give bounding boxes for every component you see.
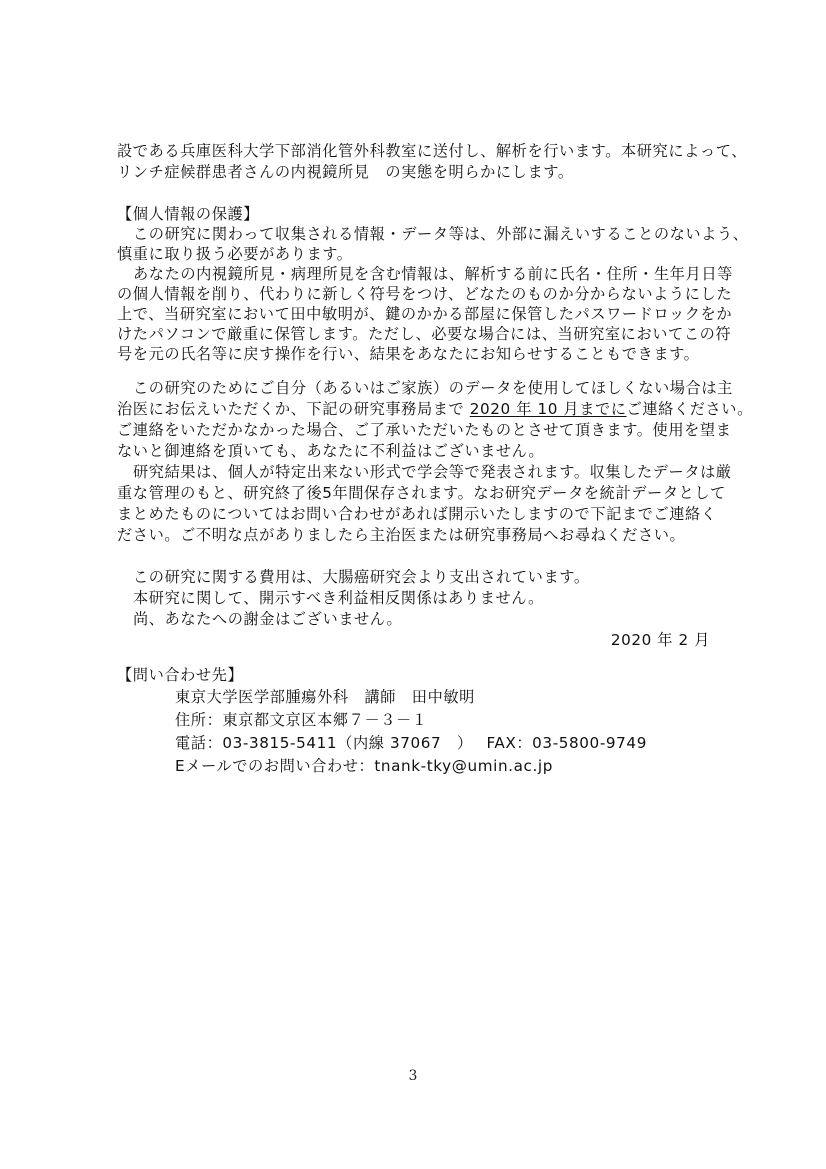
privacy-para2-line-5: 号を元の氏名等に戻す操作を行い、結果をあなたにお知らせすることもできます。 (117, 344, 712, 364)
privacy-heading: 【個人情報の保護】 (117, 204, 712, 224)
optout-line-2: 治医にお伝えいただくか、下記の研究事務局まで 2020 年 10 月までにご連絡… (117, 399, 712, 419)
page-number: 3 (0, 1068, 826, 1084)
optout-line-3: ご連絡をいただかなかった場合、ご了承いただいたものとさせて頂きます。使用を望ま (117, 420, 712, 440)
privacy-para2-line-1: あなたの内視鏡所見・病理所見を含む情報は、解析する前に氏名・住所・生年月日等 (117, 264, 728, 284)
results-line-3: まとめたものについてはお問い合わせがあれば開示いたしますので下記までご連絡く (117, 504, 712, 524)
funding-line-1: この研究に関する費用は、大腸癌研究会より支出されています。 (117, 567, 728, 587)
contact-name: 東京大学医学部腫瘍外科 講師 田中敏明 (175, 687, 770, 707)
intro-line-1: 設である兵庫医科大学下部消化管外科教室に送付し、解析を行います。本研究によって、 (117, 141, 712, 161)
privacy-para2-line-4: けたパソコンで厳重に保管します。ただし、必要な場合には、当研究室においてこの符 (117, 324, 712, 344)
contact-email: Eメールでのお問い合わせ：tnank-tky@umin.ac.jp (175, 756, 770, 776)
privacy-para2-line-3: 上で、当研究室において田中敏明が、鍵のかかる部屋に保管したパスワードロックをか (117, 304, 712, 324)
document-date: 2020 年 2 月 (611, 630, 710, 650)
document-page: 設である兵庫医科大学下部消化管外科教室に送付し、解析を行います。本研究によって、… (0, 0, 826, 1169)
intro-line-2: リンチ症候群患者さんの内視鏡所見 の実態を明らかにします。 (117, 162, 712, 182)
privacy-para1-line-2: 慎重に取り扱う必要があります。 (117, 244, 712, 264)
conflict-of-interest-line: 本研究に関して、開示すべき利益相反関係はありません。 (117, 588, 728, 608)
optout-deadline: 2020 年 10 月までに (470, 400, 627, 418)
results-line-2: 重な管理のもと、研究終了後5年間保存されます。なお研究データを統計データとして (117, 483, 712, 503)
results-line-1: 研究結果は、個人が特定出来ない形式で学会等で発表されます。収集したデータは厳 (117, 462, 728, 482)
optout-line-2-pre: 治医にお伝えいただくか、下記の研究事務局まで (117, 400, 470, 418)
privacy-para2-line-2: の個人情報を削り、代わりに新しく符号をつけ、どなたのものか分からないようにした (117, 284, 712, 304)
contact-phone-fax: 電話：03-3815-5411（内線 37067 ） FAX：03-5800-9… (175, 733, 770, 753)
optout-line-1: この研究のためにご自分（あるいはご家族）のデータを使用してほしくない場合は主 (117, 378, 728, 398)
contact-heading: 【問い合わせ先】 (117, 665, 712, 685)
privacy-para1-line-1: この研究に関わって収集される情報・データ等は、外部に漏えいすることのないよう、 (117, 224, 728, 244)
optout-line-4: ないと御連絡を頂いても、あなたに不利益はございません。 (117, 441, 712, 461)
optout-line-2-post: ご連絡ください。 (627, 400, 753, 418)
results-line-4: ださい。ご不明な点がありましたら主治医または研究事務局へお尋ねください。 (117, 525, 712, 545)
honorarium-line: 尚、あなたへの謝金はございません。 (117, 609, 728, 629)
contact-address: 住所：東京都文京区本郷７－３－１ (175, 710, 770, 730)
